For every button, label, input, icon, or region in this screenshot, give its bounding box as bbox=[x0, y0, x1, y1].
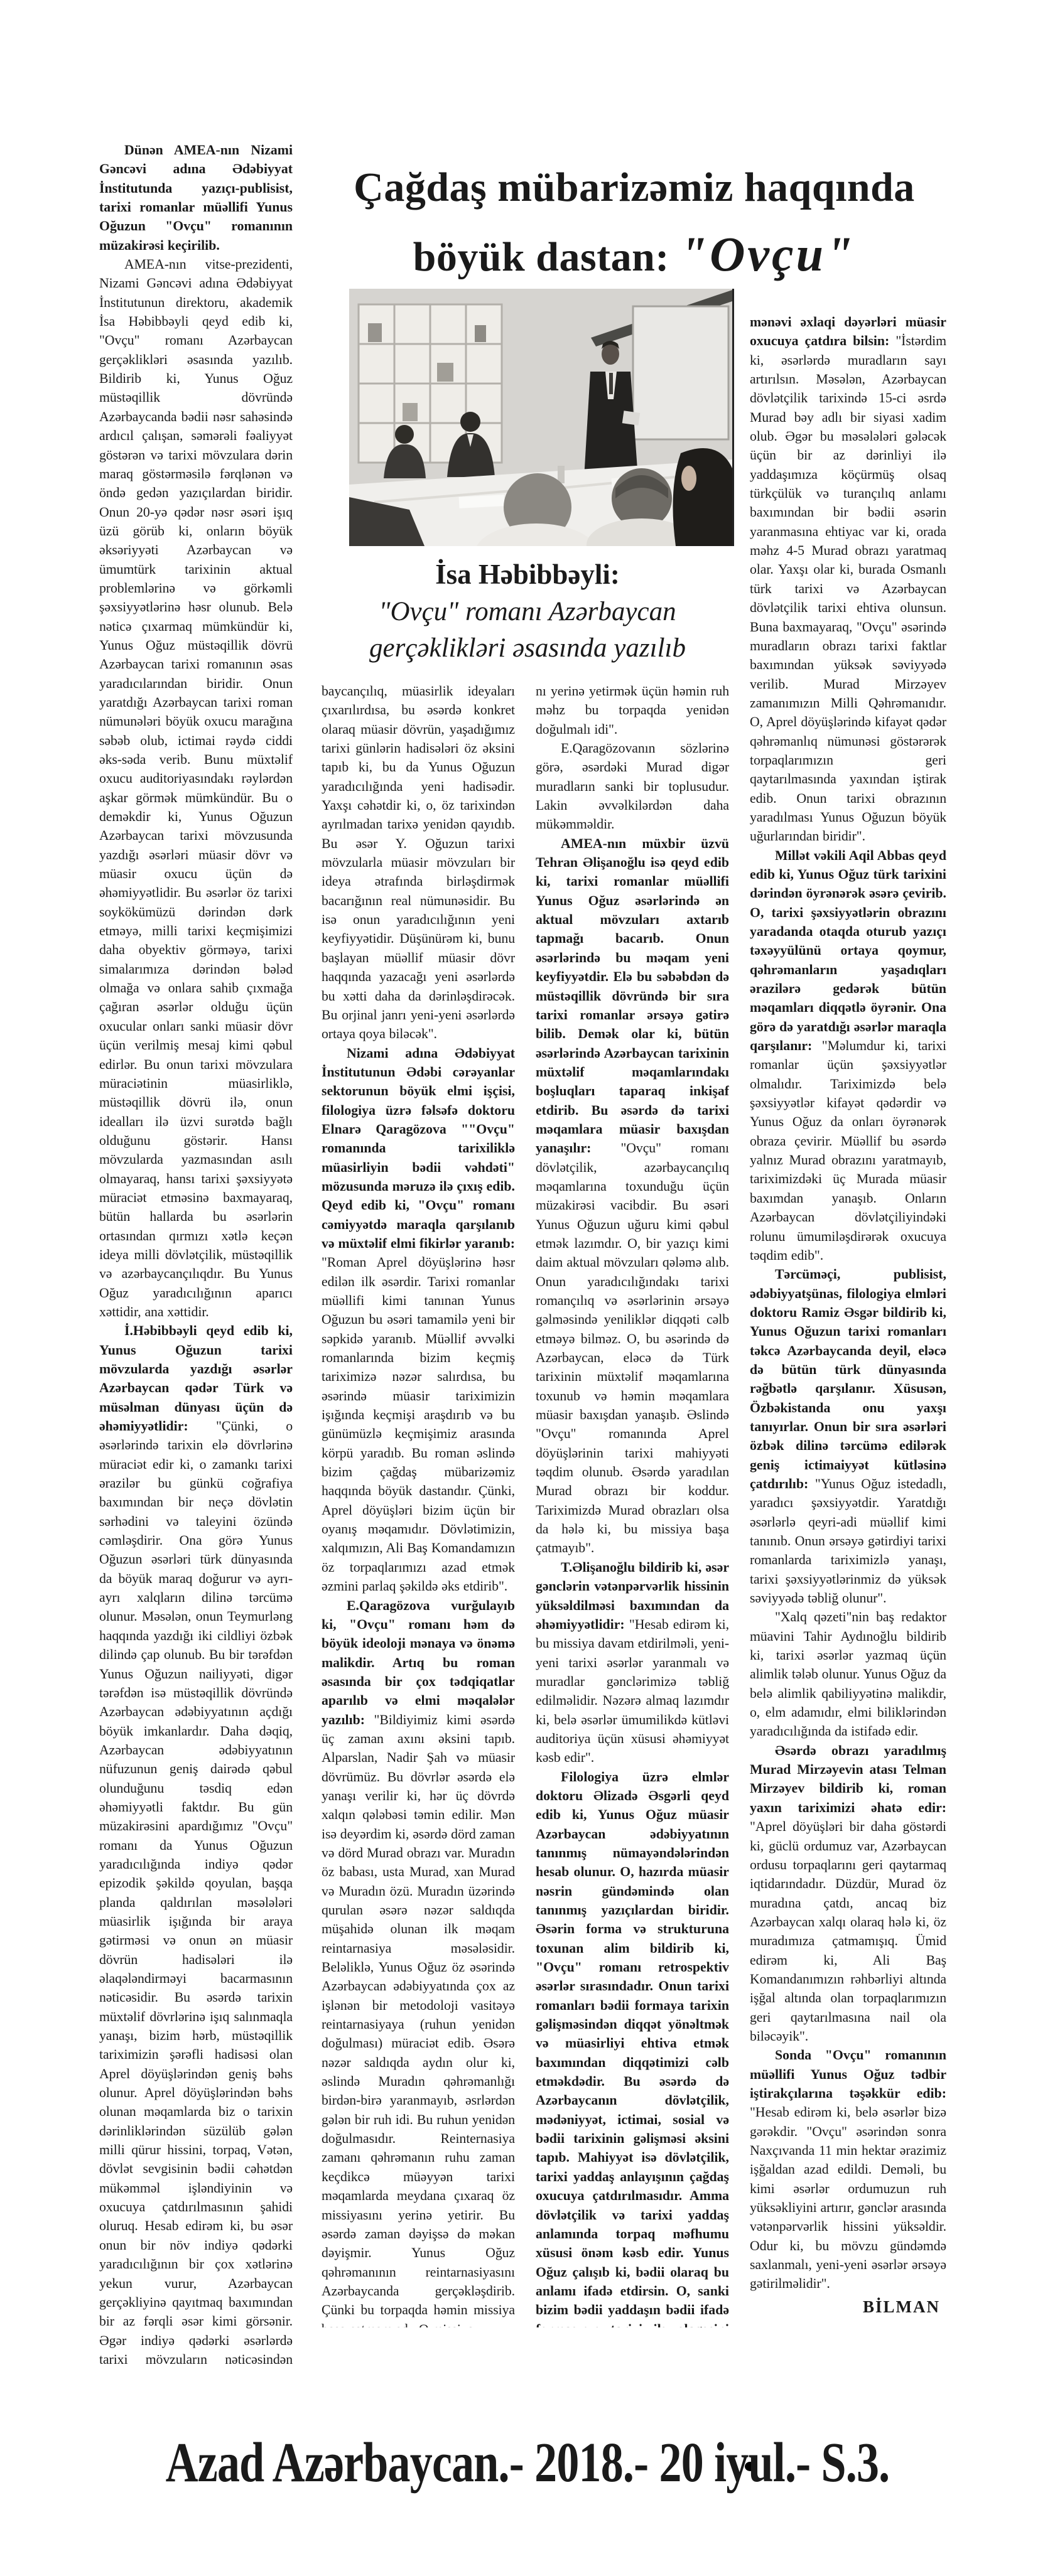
paragraph: Nizami adına Ədəbiyyat İnstitutunun Ədəb… bbox=[322, 1044, 515, 1596]
paragraph: mənəvi əxlaqi dəyərləri müasir oxucuya ç… bbox=[750, 313, 946, 846]
paragraph: baycançılıq, müasirlik ideyaları çıxarıl… bbox=[322, 682, 515, 1044]
headline-line1: Çağdaş mübarizəmiz haqqında bbox=[354, 164, 915, 210]
photo-whiteboard bbox=[633, 306, 728, 439]
article-column-2: baycançılıq, müasirlik ideyaları çıxarıl… bbox=[322, 682, 515, 2327]
source-citation: Azad Azərbaycan.- 2018.- 20 iyul.- S.3. bbox=[105, 2430, 949, 2495]
meeting-photo-illustration bbox=[349, 289, 732, 546]
paragraph: Sonda "Ovçu" romanının müəllifi Yunus Oğ… bbox=[750, 2046, 946, 2293]
newspaper-page: Çağdaş mübarizəmiz haqqında böyük dastan… bbox=[0, 0, 1055, 2576]
meeting-photo bbox=[349, 289, 734, 546]
headline-book-title: "Ovçu" bbox=[680, 227, 856, 281]
photo-caption: İsa Həbibbəyli: "Ovçu" romanı Azərbaycan… bbox=[322, 555, 733, 667]
headline: Çağdaş mübarizəmiz haqqında böyük dastan… bbox=[317, 154, 951, 291]
paragraph: T.Əlişanoğlu bildirib ki, əsər gənclərin… bbox=[536, 1558, 729, 1768]
paragraph: Millət vəkili Aqil Abbas qeyd edib ki, Y… bbox=[750, 846, 946, 1265]
paragraph: AMEA-nın müxbir üzvü Tehran Əlişanoğlu i… bbox=[536, 834, 729, 1558]
paragraph: İ.Həbibbəyli qeyd edib ki, Yunus Oğuzun … bbox=[99, 1321, 293, 2370]
headline-line2-prefix: böyük dastan: bbox=[413, 234, 680, 280]
paragraph: E.Qaragözovanın sözlərinə görə, əsərdəki… bbox=[536, 739, 729, 834]
paragraph: Tərcüməçi, publisist, ədəbiyyatşünas, fi… bbox=[750, 1265, 946, 1607]
caption-speaker: İsa Həbibbəyli: bbox=[322, 555, 733, 594]
paragraph: Filologiya üzrə elmlər doktoru Əlizadə Ə… bbox=[536, 1768, 729, 2327]
caption-quote: "Ovçu" romanı Azərbaycan gerçəklikləri ə… bbox=[322, 594, 733, 667]
paragraph: AMEA-nın vitse-prezidenti, Nizami Gəncəv… bbox=[99, 255, 293, 1321]
article-column-1: Dünən AMEA-nın Nizami Gəncəvi adına Ədəb… bbox=[99, 141, 293, 2370]
article-column-4: mənəvi əxlaqi dəyərləri müasir oxucuya ç… bbox=[750, 313, 946, 2296]
paragraph: Əsərdə obrazı yaradılmış Murad Mirzəyevi… bbox=[750, 1741, 946, 2046]
paragraph: "Xalq qəzeti"nin baş redaktor müavini Ta… bbox=[750, 1607, 946, 1741]
article-column-3: nı yerinə yetirmək üçün həmin ruh məhz b… bbox=[536, 682, 729, 2327]
paragraph: Dünən AMEA-nın Nizami Gəncəvi adına Ədəb… bbox=[99, 141, 293, 255]
paragraph: E.Qaragözova vurğulayıb ki, "Ovçu" roman… bbox=[322, 1596, 515, 2328]
byline: BİLMAN bbox=[750, 2297, 940, 2317]
paragraph: nı yerinə yetirmək üçün həmin ruh məhz b… bbox=[536, 682, 729, 739]
